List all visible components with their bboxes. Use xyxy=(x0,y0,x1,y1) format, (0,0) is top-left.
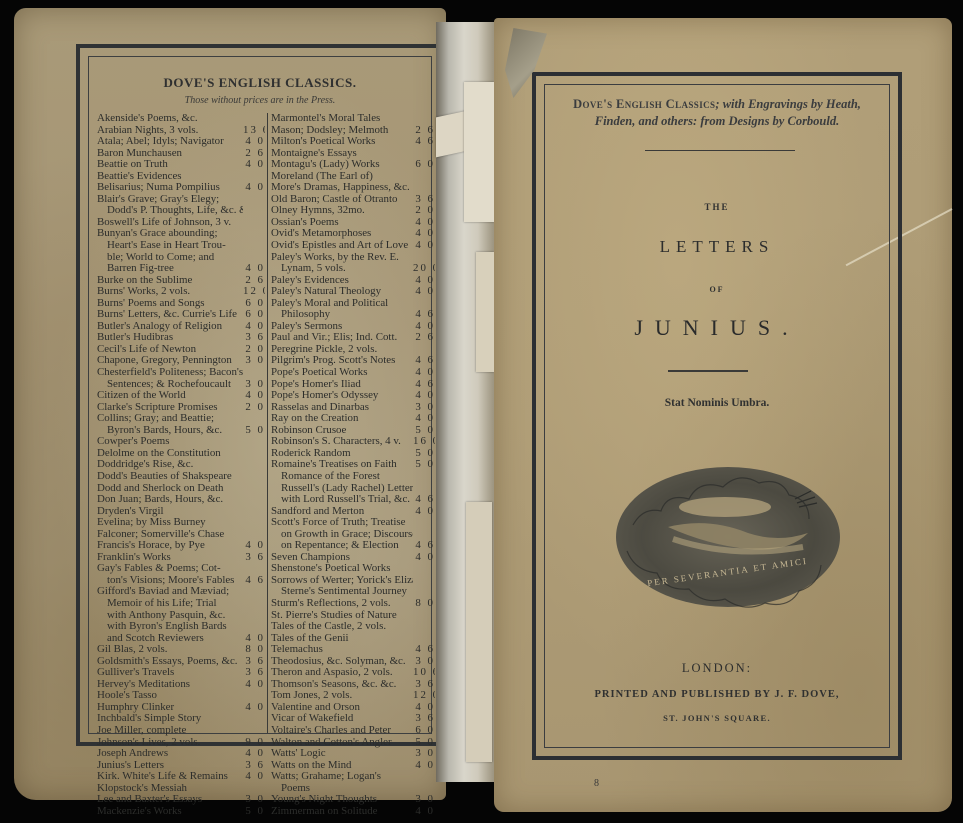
entry-title: Blair's Grave; Gray's Elegy; xyxy=(97,194,243,206)
catalogue-entry: Theron and Aspasio, 2 vols.10 6 xyxy=(271,667,435,679)
entry-title: Valentine and Orson xyxy=(271,702,413,714)
catalogue-entry: Dryden's Virgil xyxy=(97,506,265,518)
entry-title: Bunyan's Grace abounding; xyxy=(97,228,243,240)
catalogue-entry: Tales of the Genii xyxy=(271,633,435,645)
entry-title: Gulliver's Travels xyxy=(97,667,243,679)
entry-title: Romaine's Treatises on Faith xyxy=(271,459,413,471)
catalogue-entry: Byron's Bards, Hours, &c.5 0 xyxy=(97,425,265,437)
catalogue-entry: Gifford's Baviad and Mæviad; xyxy=(97,586,265,598)
entry-price xyxy=(243,494,265,506)
catalogue-entry: Delolme on the Constitution xyxy=(97,448,265,460)
entry-price: 10 6 xyxy=(413,667,435,679)
entry-price: 4 6 xyxy=(243,575,265,587)
entry-title: Walton and Cotton's Angler xyxy=(271,737,413,749)
entry-title: Hervey's Meditations xyxy=(97,679,243,691)
entry-title: Falconer; Somerville's Chase xyxy=(97,529,243,541)
entry-price xyxy=(243,217,265,229)
entry-title: Doddridge's Rise, &c. xyxy=(97,459,243,471)
entry-price xyxy=(243,413,265,425)
entry-price xyxy=(243,471,265,483)
catalogue-entry: Collins; Gray; and Beattie; xyxy=(97,413,265,425)
entry-title: Voltaire's Charles and Peter xyxy=(271,725,413,737)
entry-title: Ossian's Poems xyxy=(271,217,413,229)
catalogue-entry: Pope's Poetical Works4 0 xyxy=(271,367,435,379)
entry-title: Hoole's Tasso xyxy=(97,690,243,702)
catalogue-entry: Baron Munchausen2 6 xyxy=(97,148,265,160)
entry-price: 16 0 xyxy=(413,436,435,448)
catalogue-entry: Montagu's (Lady) Works6 0 xyxy=(271,159,435,171)
catalogue-entry: Romaine's Treatises on Faith5 0 xyxy=(271,459,435,471)
entry-price: 4 0 xyxy=(413,275,435,287)
entry-price xyxy=(243,690,265,702)
entry-title: Beattie on Truth xyxy=(97,159,243,171)
entry-price xyxy=(413,529,435,541)
entry-price: 3 6 xyxy=(413,713,435,725)
entry-title: ton's Visions; Moore's Fables xyxy=(97,575,243,587)
entry-title: Marmontel's Moral Tales xyxy=(271,113,413,125)
entry-title: Montaigne's Essays xyxy=(271,148,413,160)
catalogue-entry: Marmontel's Moral Tales xyxy=(271,113,435,125)
catalogue-entry: St. Pierre's Studies of Nature xyxy=(271,610,435,622)
entry-title: Theron and Aspasio, 2 vols. xyxy=(271,667,413,679)
entry-title: Inchbald's Simple Story xyxy=(97,713,243,725)
entry-price: 4 0 xyxy=(413,506,435,518)
catalogue-entry: Paley's Sermons4 0 xyxy=(271,321,435,333)
catalogue-entry: Goldsmith's Essays, Poems, &c.3 6 xyxy=(97,656,265,668)
entry-price: 5 0 xyxy=(243,806,265,818)
entry-title: Burns' Works, 2 vols. xyxy=(97,286,243,298)
entry-price: 4 0 xyxy=(413,552,435,564)
entry-price xyxy=(243,436,265,448)
entry-title: Lynam, 5 vols. xyxy=(271,263,413,275)
entry-title: Philosophy xyxy=(271,309,413,321)
entry-price: 4 0 xyxy=(413,217,435,229)
entry-title: Franklin's Works xyxy=(97,552,243,564)
entry-price: 4 6 xyxy=(413,494,435,506)
entry-title: Pope's Poetical Works xyxy=(271,367,413,379)
entry-title: Rasselas and Dinarbas xyxy=(271,402,413,414)
entry-price xyxy=(413,586,435,598)
entry-price xyxy=(413,171,435,183)
entry-title: Robinson's S. Characters, 4 v. xyxy=(271,436,413,448)
entry-title: Seven Champions xyxy=(271,552,413,564)
catalogue-entry: Paley's Moral and Political xyxy=(271,298,435,310)
catalogue-entry: Sentences; & Rochefoucault3 0 xyxy=(97,379,265,391)
entry-price xyxy=(243,113,265,125)
entry-price xyxy=(243,506,265,518)
catalogue-entry: Paley's Natural Theology4 0 xyxy=(271,286,435,298)
entry-price: 6 0 xyxy=(243,298,265,310)
entry-title: Paley's Evidences xyxy=(271,275,413,287)
entry-price: 4 6 xyxy=(413,540,435,552)
catalogue-entry: ble; World to Come; and xyxy=(97,252,265,264)
catalogue-entry: Watts' Logic3 0 xyxy=(271,748,435,760)
entry-price: 4 0 xyxy=(413,806,435,818)
catalogue-entry: on Growth in Grace; Discourse xyxy=(271,529,435,541)
catalogue-entry: Chesterfield's Politeness; Bacon's xyxy=(97,367,265,379)
series-name: Dove's English Classics xyxy=(573,97,715,111)
catalogue-entry: Atala; Abel; Idyls; Navigator4 0 xyxy=(97,136,265,148)
entry-title: Evelina; by Miss Burney xyxy=(97,517,243,529)
imprint-city: LONDON: xyxy=(545,661,889,676)
entry-title: on Repentance; & Election xyxy=(271,540,413,552)
catalogue-entry: and Scotch Reviewers4 0 xyxy=(97,633,265,645)
entry-title: Goldsmith's Essays, Poems, &c. xyxy=(97,656,243,668)
catalogue-entry: Pope's Homer's Odyssey4 0 xyxy=(271,390,435,402)
imprint-address: ST. JOHN'S SQUARE. xyxy=(545,713,889,723)
entry-title: Paul and Vir.; Elis; Ind. Cott. xyxy=(271,332,413,344)
title-border: Dove's English Classics; with Engravings… xyxy=(532,72,902,760)
catalogue-entry: Chapone, Gregory, Pennington3 0 xyxy=(97,355,265,367)
entry-title: Byron's Bards, Hours, &c. xyxy=(97,425,243,437)
catalogue-entry: Shenstone's Poetical Works xyxy=(271,563,435,575)
entry-price: 4 0 xyxy=(243,633,265,645)
entry-price: 4 6 xyxy=(413,379,435,391)
catalogue-entry: Moreland (The Earl of) xyxy=(271,171,435,183)
catalogue-border: DOVE'S ENGLISH CLASSICS. Those without p… xyxy=(76,44,444,746)
entry-price: 4 0 xyxy=(243,159,265,171)
entry-title: Burns' Letters, &c. Currie's Life xyxy=(97,309,243,321)
entry-price: 2 6 xyxy=(243,148,265,160)
entry-title: Mason; Dodsley; Melmoth xyxy=(271,125,413,137)
entry-title: Tom Jones, 2 vols. xyxy=(271,690,413,702)
entry-title: More's Dramas, Happiness, &c. xyxy=(271,182,413,194)
torn-paper xyxy=(464,82,494,222)
entry-price xyxy=(243,621,265,633)
title-the: THE xyxy=(545,202,889,212)
entry-price xyxy=(243,367,265,379)
catalogue-entry: Roderick Random5 0 xyxy=(271,448,435,460)
entry-title: Johnson's Lives, 2 vols. xyxy=(97,737,243,749)
entry-title: Sterne's Sentimental Journey xyxy=(271,586,413,598)
entry-title: Sturm's Reflections, 2 vols. xyxy=(271,598,413,610)
catalogue-entry: Cecil's Life of Newton2 0 xyxy=(97,344,265,356)
entry-title: Clarke's Scripture Promises xyxy=(97,402,243,414)
catalogue-entry: Robinson's S. Characters, 4 v.16 0 xyxy=(271,436,435,448)
entry-title: Watts' Logic xyxy=(271,748,413,760)
engraved-vignette-icon: PER SEVERANTIA ET AMICI xyxy=(613,455,843,615)
entry-price: 6 0 xyxy=(243,309,265,321)
entry-title: Tales of the Genii xyxy=(271,633,413,645)
entry-title: Dodd's P. Thoughts, Life, &c. &c. xyxy=(97,205,243,217)
divider-rule xyxy=(668,370,748,372)
entry-title: Dodd and Sherlock on Death xyxy=(97,483,243,495)
entry-price: 5 0 xyxy=(413,425,435,437)
catalogue-entry: Seven Champions4 0 xyxy=(271,552,435,564)
series-line-2: Finden, and others: from Designs by Corb… xyxy=(545,114,889,129)
entry-title: Robinson Crusoe xyxy=(271,425,413,437)
entry-price: 4 0 xyxy=(243,771,265,783)
entry-title: Heart's Ease in Heart Trou- xyxy=(97,240,243,252)
entry-price xyxy=(413,182,435,194)
catalogue-entry: Hoole's Tasso xyxy=(97,690,265,702)
catalogue-entry: Barren Fig-tree4 0 xyxy=(97,263,265,275)
entry-price: 4 6 xyxy=(413,355,435,367)
catalogue-entry: Gay's Fables & Poems; Cot- xyxy=(97,563,265,575)
entry-price: 3 6 xyxy=(413,194,435,206)
entry-title: Sorrows of Werter; Yorick's Eliza; xyxy=(271,575,413,587)
entry-price: 2 6 xyxy=(413,125,435,137)
catalogue-entry: Johnson's Lives, 2 vols.9 0 xyxy=(97,737,265,749)
catalogue-entry: Memoir of his Life; Trial xyxy=(97,598,265,610)
catalogue-entry: with Byron's English Bards xyxy=(97,621,265,633)
entry-price xyxy=(413,575,435,587)
entry-price: 4 0 xyxy=(413,702,435,714)
catalogue-entry: Dodd and Sherlock on Death xyxy=(97,483,265,495)
entry-price xyxy=(413,771,435,783)
entry-title: St. Pierre's Studies of Nature xyxy=(271,610,413,622)
entry-title: Don Juan; Bards, Hours, &c. xyxy=(97,494,243,506)
entry-title: Sandford and Merton xyxy=(271,506,413,518)
entry-title: Olney Hymns, 32mo. xyxy=(271,205,413,217)
entry-title: Atala; Abel; Idyls; Navigator xyxy=(97,136,243,148)
entry-title: Kirk. White's Life & Remains xyxy=(97,771,243,783)
entry-price: 3 6 xyxy=(243,332,265,344)
entry-price: 4 0 xyxy=(243,702,265,714)
catalogue-entry: Vicar of Wakefield3 6 xyxy=(271,713,435,725)
entry-price xyxy=(243,448,265,460)
catalogue-entry: Philosophy4 6 xyxy=(271,309,435,321)
catalogue-entry: Sturm's Reflections, 2 vols.8 0 xyxy=(271,598,435,610)
catalogue-entry: Olney Hymns, 32mo.2 0 xyxy=(271,205,435,217)
entry-title: Junius's Letters xyxy=(97,760,243,772)
catalogue-entry: Mackenzie's Works5 0 xyxy=(97,806,265,818)
entry-price xyxy=(413,252,435,264)
entry-price xyxy=(243,725,265,737)
entry-title: Young's Night Thoughts xyxy=(271,794,413,806)
catalogue-entry: Young's Night Thoughts3 0 xyxy=(271,794,435,806)
catalogue-entry: Tom Jones, 2 vols.12 0 xyxy=(271,690,435,702)
entry-title: Thomson's Seasons, &c. &c. xyxy=(271,679,413,691)
entry-price: 4 0 xyxy=(413,760,435,772)
entry-price: 2 6 xyxy=(243,275,265,287)
entry-price xyxy=(413,483,435,495)
entry-price: 2 0 xyxy=(413,205,435,217)
entry-title: Delolme on the Constitution xyxy=(97,448,243,460)
entry-price xyxy=(243,171,265,183)
entry-price xyxy=(413,563,435,575)
catalogue-entry: Clarke's Scripture Promises2 0 xyxy=(97,402,265,414)
catalogue-entry: Rasselas and Dinarbas3 0 xyxy=(271,402,435,414)
entry-price: 3 6 xyxy=(243,667,265,679)
catalogue-entry: Montaigne's Essays xyxy=(271,148,435,160)
entry-title: Memoir of his Life; Trial xyxy=(97,598,243,610)
entry-price: 4 0 xyxy=(413,321,435,333)
catalogue-entry: Scott's Force of Truth; Treatise xyxy=(271,517,435,529)
entry-price: 4 6 xyxy=(413,136,435,148)
entry-title: Barren Fig-tree xyxy=(97,263,243,275)
entry-price xyxy=(243,194,265,206)
entry-title: Dodd's Beauties of Shakspeare xyxy=(97,471,243,483)
catalogue-entry: Lynam, 5 vols.20 0 xyxy=(271,263,435,275)
entry-price xyxy=(413,344,435,356)
catalogue-entry: Voltaire's Charles and Peter6 0 xyxy=(271,725,435,737)
entry-price: 3 0 xyxy=(413,748,435,760)
catalogue-entry: More's Dramas, Happiness, &c. xyxy=(271,182,435,194)
catalogue-entry: Thomson's Seasons, &c. &c.3 6 xyxy=(271,679,435,691)
entry-price: 4 0 xyxy=(243,679,265,691)
entry-title: Beattie's Evidences xyxy=(97,171,243,183)
catalogue-entry: Dodd's P. Thoughts, Life, &c. &c. xyxy=(97,205,265,217)
catalogue-entry: Beattie's Evidences xyxy=(97,171,265,183)
entry-price: 12 0 xyxy=(243,286,265,298)
catalogue-entry: with Anthony Pasquin, &c. xyxy=(97,610,265,622)
catalogue-entry: Telemachus4 6 xyxy=(271,644,435,656)
entry-price xyxy=(243,598,265,610)
entry-price: 20 0 xyxy=(413,263,435,275)
entry-price: 8 0 xyxy=(243,644,265,656)
entry-title: Citizen of the World xyxy=(97,390,243,402)
catalogue-entry: Burns' Poems and Songs6 0 xyxy=(97,298,265,310)
catalogue-entry: Sorrows of Werter; Yorick's Eliza; xyxy=(271,575,435,587)
title-junius: JUNIUS. xyxy=(545,315,889,341)
catalogue-entry: Butler's Hudibras3 6 xyxy=(97,332,265,344)
title-of: OF xyxy=(545,285,889,294)
entry-title: Butler's Hudibras xyxy=(97,332,243,344)
entry-price: 4 0 xyxy=(243,136,265,148)
entry-title: Telemachus xyxy=(271,644,413,656)
catalogue-entry: Watts on the Mind4 0 xyxy=(271,760,435,772)
entry-price xyxy=(243,586,265,598)
entry-title: Boswell's Life of Johnson, 3 v. xyxy=(97,217,243,229)
entry-price: 12 0 xyxy=(413,690,435,702)
entry-title: Joe Miller, complete xyxy=(97,725,243,737)
entry-title: Gil Blas, 2 vols. xyxy=(97,644,243,656)
catalogue-entry: Inchbald's Simple Story xyxy=(97,713,265,725)
catalogue-entry: Akenside's Poems, &c. xyxy=(97,113,265,125)
entry-title: with Byron's English Bards xyxy=(97,621,243,633)
catalogue-entry: Burns' Letters, &c. Currie's Life6 0 xyxy=(97,309,265,321)
entry-title: Shenstone's Poetical Works xyxy=(271,563,413,575)
catalogue-entry: Franklin's Works3 6 xyxy=(97,552,265,564)
entry-price: 3 6 xyxy=(243,656,265,668)
motto: Stat Nominis Umbra. xyxy=(545,397,889,409)
entry-price xyxy=(243,713,265,725)
catalogue-entry: Paul and Vir.; Elis; Ind. Cott.2 6 xyxy=(271,332,435,344)
catalogue-entry: Burns' Works, 2 vols.12 0 xyxy=(97,286,265,298)
entry-title: Montagu's (Lady) Works xyxy=(271,159,413,171)
entry-price xyxy=(413,633,435,645)
entry-title: Gay's Fables & Poems; Cot- xyxy=(97,563,243,575)
entry-title: Pope's Homer's Odyssey xyxy=(271,390,413,402)
imprint-printer: PRINTED AND PUBLISHED BY J. F. DOVE, xyxy=(545,689,889,700)
catalogue-entry: Russell's (Lady Rachel) Letters, xyxy=(271,483,435,495)
entry-title: Tales of the Castle, 2 vols. xyxy=(271,621,413,633)
entry-title: with Anthony Pasquin, &c. xyxy=(97,610,243,622)
entry-title: Francis's Horace, by Pye xyxy=(97,540,243,552)
entry-title: Gifford's Baviad and Mæviad; xyxy=(97,586,243,598)
entry-title: Klopstock's Messiah xyxy=(97,783,243,795)
entry-title: with Lord Russell's Trial, &c. xyxy=(271,494,413,506)
entry-price: 3 0 xyxy=(243,355,265,367)
entry-price: 2 0 xyxy=(243,402,265,414)
entry-price: 2 6 xyxy=(413,332,435,344)
entry-price: 4 0 xyxy=(413,367,435,379)
catalogue-entry: Paley's Works, by the Rev. E. xyxy=(271,252,435,264)
catalogue-entry: Mason; Dodsley; Melmoth2 6 xyxy=(271,125,435,137)
catalogue-entry: Bunyan's Grace abounding; xyxy=(97,228,265,240)
entry-price xyxy=(243,205,265,217)
catalogue-entry: Tales of the Castle, 2 vols. xyxy=(271,621,435,633)
entry-title: Sentences; & Rochefoucault xyxy=(97,379,243,391)
entry-price: 4 0 xyxy=(243,263,265,275)
entry-title: Cowper's Poems xyxy=(97,436,243,448)
series-line-1: Dove's English Classics; with Engravings… xyxy=(545,97,889,112)
catalogue-entry: Lee and Baxter's Essays3 0 xyxy=(97,794,265,806)
entry-price xyxy=(243,252,265,264)
entry-price xyxy=(243,483,265,495)
catalogue-entry: Milton's Poetical Works4 6 xyxy=(271,136,435,148)
torn-paper xyxy=(476,252,494,372)
catalogue-entry: Dodd's Beauties of Shakspeare xyxy=(97,471,265,483)
catalogue-entry: Walton and Cotton's Angler5 0 xyxy=(271,737,435,749)
entry-price: 3 6 xyxy=(243,760,265,772)
catalogue-entry: on Repentance; & Election4 6 xyxy=(271,540,435,552)
entry-title: Watts; Grahame; Logan's xyxy=(271,771,413,783)
entry-title: Burns' Poems and Songs xyxy=(97,298,243,310)
entry-price: 3 0 xyxy=(243,794,265,806)
entry-title: Cecil's Life of Newton xyxy=(97,344,243,356)
entry-title: on Growth in Grace; Discourse xyxy=(271,529,413,541)
catalogue-entry: Junius's Letters3 6 xyxy=(97,760,265,772)
entry-title: Roderick Random xyxy=(271,448,413,460)
catalogue-entry: Humphry Clinker4 0 xyxy=(97,702,265,714)
entry-price: 4 0 xyxy=(243,321,265,333)
series-engravers: ; with Engravings by Heath, xyxy=(715,97,861,111)
entry-price xyxy=(243,563,265,575)
entry-price: 8 0 xyxy=(413,598,435,610)
entry-title: Butler's Analogy of Religion xyxy=(97,321,243,333)
entry-title: Chapone, Gregory, Pennington xyxy=(97,355,243,367)
catalogue-note: Those without prices are in the Press. xyxy=(89,95,431,106)
entry-title: Paley's Natural Theology xyxy=(271,286,413,298)
entry-price xyxy=(243,240,265,252)
catalogue-entry: Pilgrim's Prog. Scott's Notes4 6 xyxy=(271,355,435,367)
catalogue-entry: Burke on the Sublime2 6 xyxy=(97,275,265,287)
title-inner-border: Dove's English Classics; with Engravings… xyxy=(544,84,890,748)
catalogue-entry: Butler's Analogy of Religion4 0 xyxy=(97,321,265,333)
catalogue-entry: Boswell's Life of Johnson, 3 v. xyxy=(97,217,265,229)
catalogue-entry: Poems xyxy=(271,783,435,795)
entry-title: Lee and Baxter's Essays xyxy=(97,794,243,806)
entry-price xyxy=(413,113,435,125)
entry-price: 3 0 xyxy=(243,379,265,391)
entry-title: Joseph Andrews xyxy=(97,748,243,760)
entry-title: Zimmerman on Solitude xyxy=(271,806,413,818)
entry-price: 5 0 xyxy=(413,737,435,749)
entry-price: 5 0 xyxy=(413,448,435,460)
entry-price: 4 0 xyxy=(413,413,435,425)
entry-title: Akenside's Poems, &c. xyxy=(97,113,243,125)
entry-price xyxy=(243,459,265,471)
entry-price xyxy=(243,610,265,622)
catalogue-entry: Ossian's Poems4 0 xyxy=(271,217,435,229)
entry-price: 4 6 xyxy=(413,644,435,656)
catalogue-entry: Doddridge's Rise, &c. xyxy=(97,459,265,471)
entry-price: 4 0 xyxy=(243,540,265,552)
catalogue-entry: Robinson Crusoe5 0 xyxy=(271,425,435,437)
entry-price: 2 0 xyxy=(243,344,265,356)
catalogue-entry: Kirk. White's Life & Remains4 0 xyxy=(97,771,265,783)
catalogue-entry: Watts; Grahame; Logan's xyxy=(271,771,435,783)
catalogue-entry: Heart's Ease in Heart Trou- xyxy=(97,240,265,252)
entry-price: 3 0 xyxy=(413,402,435,414)
catalogue-entry: Romance of the Forest xyxy=(271,471,435,483)
entry-price: 13 6 xyxy=(243,125,265,137)
entry-title: Paley's Works, by the Rev. E. xyxy=(271,252,413,264)
entry-title: Ray on the Creation xyxy=(271,413,413,425)
entry-price: 6 0 xyxy=(413,725,435,737)
